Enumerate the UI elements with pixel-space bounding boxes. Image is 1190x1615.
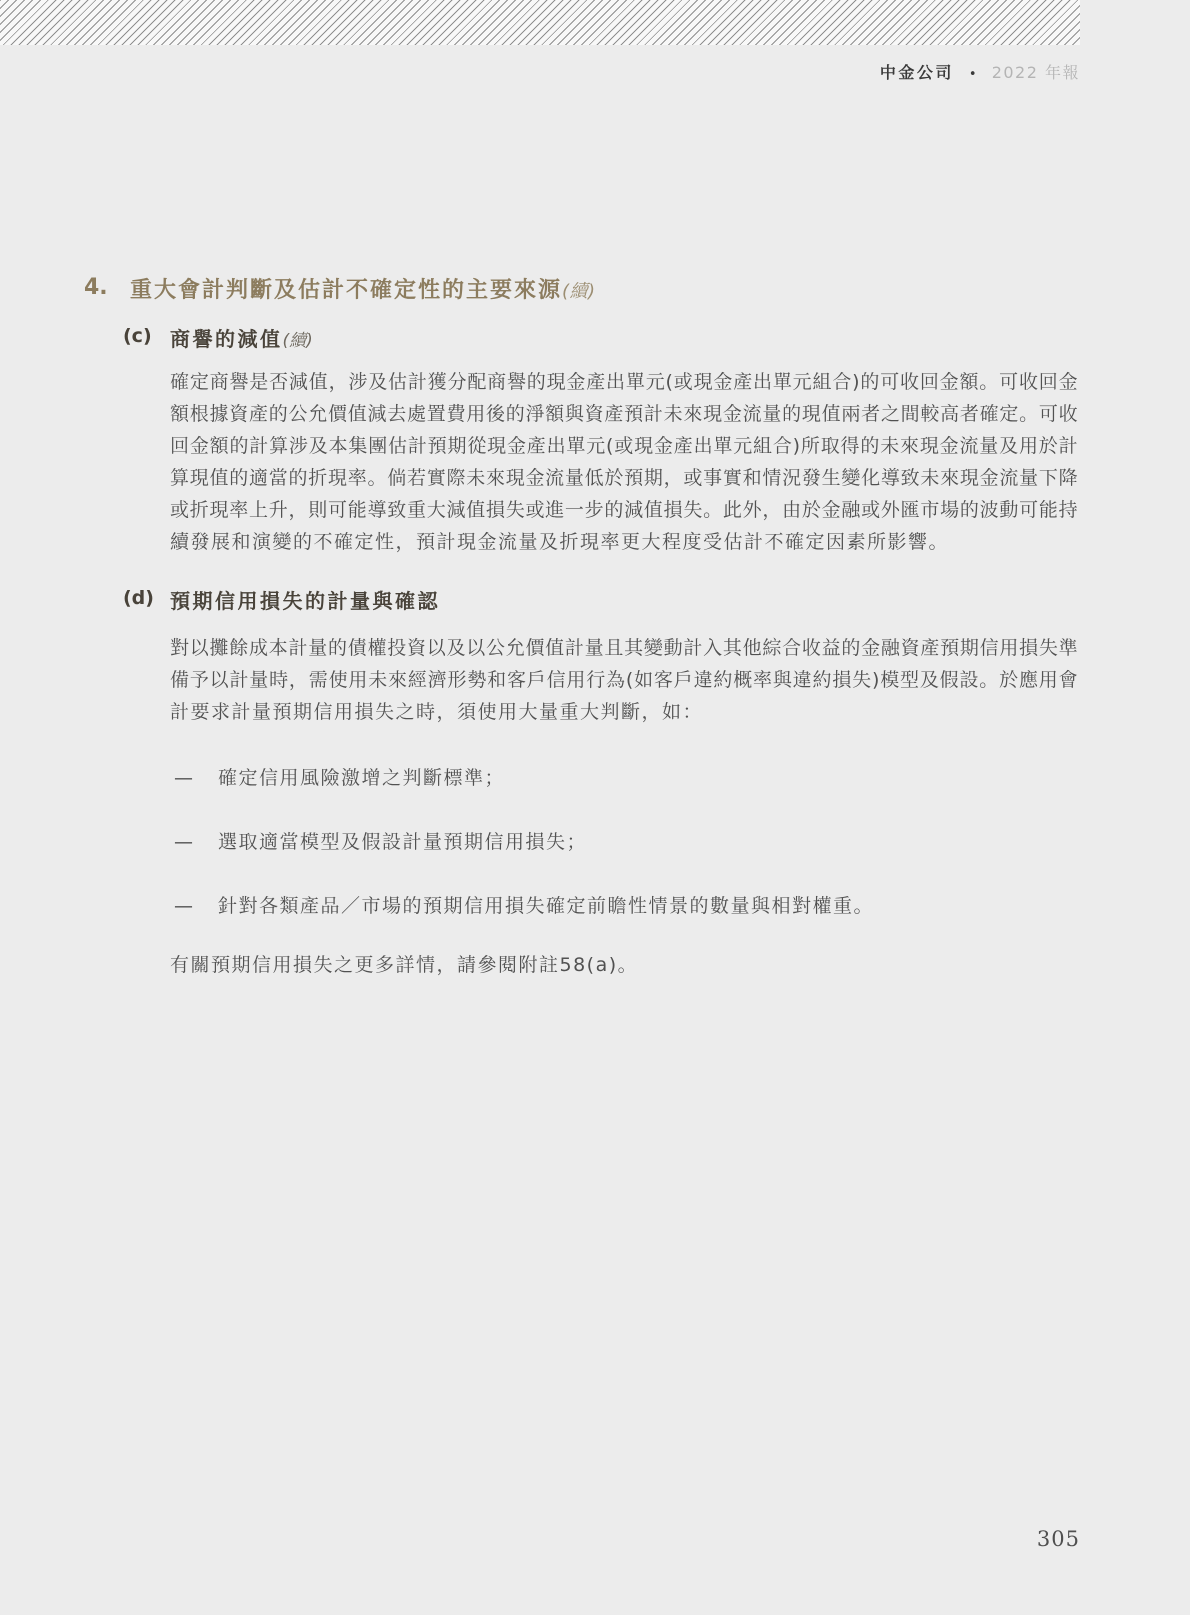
section-title: 重大會計判斷及估計不確定性的主要來源(續)	[130, 273, 596, 304]
section-title-text: 重大會計判斷及估計不確定性的主要來源	[130, 278, 562, 303]
subsection-d-label: (d)	[123, 587, 154, 609]
page-number: 305	[0, 1527, 1080, 1551]
decorative-diagonal-stripes	[0, 0, 1080, 45]
paragraph-line: 對以攤餘成本計量的債權投資以及以公允價值計量且其變動計入其他綜合收益的金融資產預…	[170, 632, 1078, 664]
section-number: 4.	[84, 275, 108, 300]
bullet-item: 選取適當模型及假設計量預期信用損失；	[218, 826, 587, 858]
paragraph-line: 計要求計量預期信用損失之時，須使用大量重大判斷，如：	[170, 696, 1078, 728]
bullet-dash-icon: —	[174, 826, 193, 858]
reference-note: 有關預期信用損失之更多詳情，請參閱附註58(a)。	[170, 949, 638, 981]
paragraph-line: 確定商譽是否減值，涉及估計獲分配商譽的現金產出單元(或現金產出單元組合)的可收回…	[170, 366, 1078, 398]
subsection-d-title-text: 預期信用損失的計量與確認	[170, 589, 440, 613]
paragraph-line: 算現值的適當的折現率。倘若實際未來現金流量低於預期，或事實和情況發生變化導致未來…	[170, 462, 1078, 494]
paragraph-line: 備予以計量時，需使用未來經濟形勢和客戶信用行為(如客戶違約概率與違約損失)模型及…	[170, 664, 1078, 696]
company-name: 中金公司	[880, 63, 954, 82]
subsection-c-label: (c)	[123, 325, 152, 347]
annual-report-page: 中金公司 • 2022 年報 4. 重大會計判斷及估計不確定性的主要來源(續) …	[0, 0, 1190, 1615]
paragraph-line: 額根據資產的公允價值減去處置費用後的淨額與資產預計未來現金流量的現值兩者之間較高…	[170, 398, 1078, 430]
separator-dot-icon: •	[969, 67, 977, 82]
bullet-item: 針對各類產品／市場的預期信用損失確定前瞻性情景的數量與相對權重。	[218, 890, 874, 922]
subsection-d-title: 預期信用損失的計量與確認	[170, 585, 440, 614]
paragraph-line: 或折現率上升，則可能導致重大減值損失或進一步的減值損失。此外，由於金融或外匯市場…	[170, 494, 1078, 526]
subsection-c-title: 商譽的減值(續)	[170, 323, 313, 352]
paragraph-goodwill-impairment: 確定商譽是否減值，涉及估計獲分配商譽的現金產出單元(或現金產出單元組合)的可收回…	[170, 366, 1078, 558]
bullet-item: 確定信用風險激增之判斷標準；	[218, 762, 505, 794]
paragraph-expected-credit-loss: 對以攤餘成本計量的債權投資以及以公允價值計量且其變動計入其他綜合收益的金融資產預…	[170, 632, 1078, 728]
paragraph-line: 續發展和演變的不確定性，預計現金流量及折現率更大程度受估計不確定因素所影響。	[170, 526, 1078, 558]
subsection-c-title-text: 商譽的減值	[170, 327, 283, 351]
bullet-dash-icon: —	[174, 890, 193, 922]
report-edition: 2022 年報	[992, 63, 1080, 82]
section-continued-mark: (續)	[562, 281, 596, 302]
subsection-c-continued-mark: (續)	[283, 331, 313, 351]
bullet-dash-icon: —	[174, 762, 193, 794]
paragraph-line: 回金額的計算涉及本集團估計預期從現金產出單元(或現金產出單元組合)所取得的未來現…	[170, 430, 1078, 462]
page-header: 中金公司 • 2022 年報	[0, 62, 1080, 86]
